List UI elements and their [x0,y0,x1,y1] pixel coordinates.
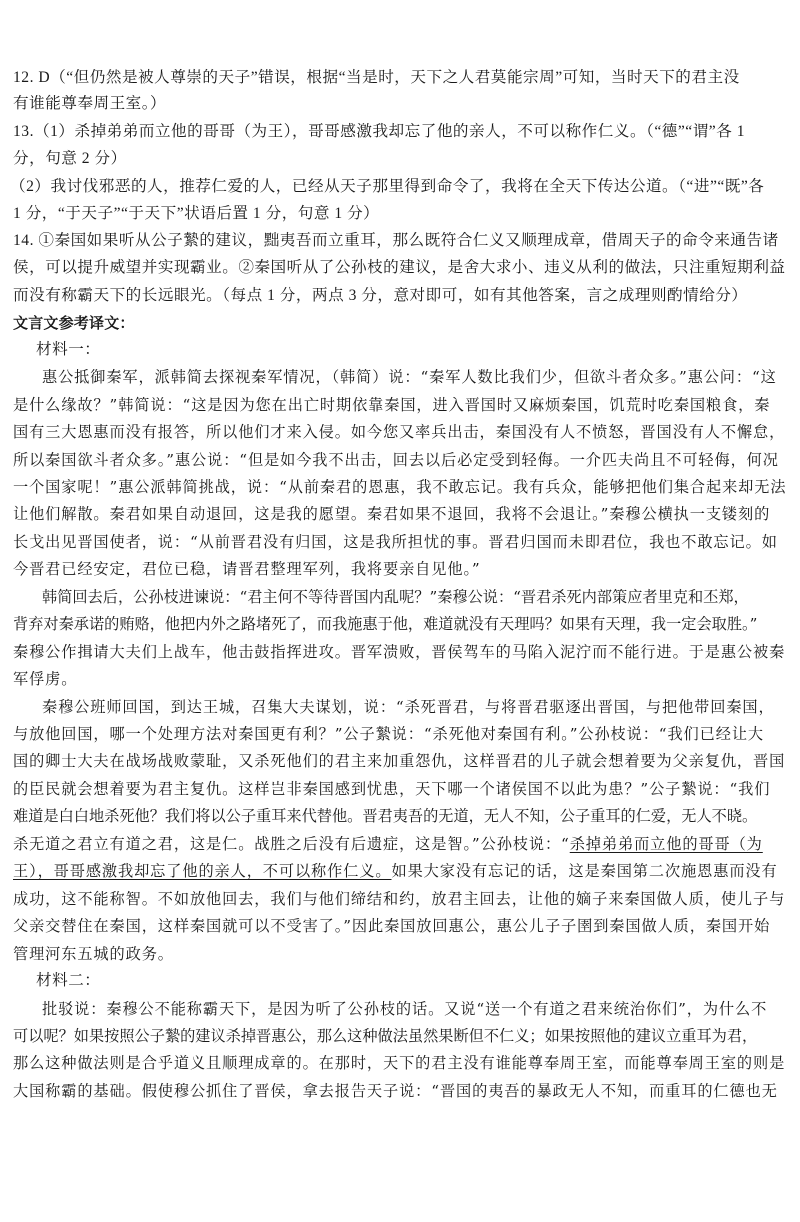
translation-heading: 文言文参考译文： [13,313,789,333]
q12-line-2: 有谁能尊奉周王室。） [13,94,789,114]
q13-part2-line-1: （2）我讨伐邪恶的人，推荐仁爱的人，已经从天子那里得到命令了，我将在全天下传达公… [10,177,786,197]
m1-p3-line-9: 父亲交替住在秦国，这样秦国就可以不受害了。”因此秦国放回惠公，惠公儿子子圉到秦国… [13,916,789,936]
answer-key-page: 12. D（“但仍然是被人尊崇的天子”错误，根据“当是时，天下之人君莫能宗周”可… [0,0,800,1222]
q13-part2-line-2: 1 分，“于天子”“于天下”状语后置 1 分，句意 1 分） [13,204,789,224]
m1-p1-line-4: 所以秦国欲斗者众多。”惠公说：“但是如今我不出击，回去以后必定受到轻侮。一介匹夫… [13,450,789,470]
m2-p1-line-2: 可以呢？如果按照公子縶的建议杀掉晋惠公，那么这种做法虽然果断但不仁义；如果按照他… [13,1026,789,1046]
m1-p2-line-4: 军俘虏。 [13,669,789,689]
m1-p3-line-6: 杀无道之君立有道之君，这是仁。战胜之后没有后遗症，这是智。”公孙枝说：“杀掉弟弟… [13,834,789,854]
m1-p3-line-4: 的臣民就会想着要为君主复仇。这样岂非秦国感到忧患，天下哪一个诸侯国不以此为患？”… [13,779,789,799]
q14-line-2: 侯，可以提升威望并实现霸业。②秦国听从了公孙枝的建议，是舍大求小、违义从利的做法… [13,258,789,278]
q13-part1-line-1: 13.（1）杀掉弟弟而立他的哥哥（为王），哥哥感激我却忘了他的亲人，不可以称作仁… [13,122,789,142]
q13-part1-line-2: 分，句意 2 分） [13,149,789,169]
m1-p3-line-10: 管理河东五城的政务。 [13,944,789,964]
material1-title: 材料一： [36,340,800,360]
m2-p1-line-3: 那么这种做法则是合乎道义且顺理成章的。在那时，天下的君主没有谁能尊奉周王室，而能… [13,1053,789,1073]
m2-p1-line-4: 大国称霸的基础。假使穆公抓住了晋侯，拿去报告天子说：“晋国的夷吾的暴政无人不知，… [13,1081,789,1101]
m2-p1-line-1: 批驳说：秦穆公不能称霸天下，是因为听了公孙枝的话。又说“送一个有道之君来统治你们… [42,999,800,1019]
m1-p1-line-6: 让他们解散。秦君如果自动退回，这是我的愿望。秦君如果不退回，我将不会退让。”秦穆… [13,504,789,524]
m1-p3-line-7: 王），哥哥感激我却忘了他的亲人，不可以称作仁义。如果大家没有忘记的话，这是秦国第… [13,861,789,881]
m1-p2-line-2: 背弃对秦承诺的贿赂，他把内外之路堵死了，而我施惠于他，难道就没有天理吗？如果有天… [13,614,789,634]
underlined-translation-sentence-part-2: 王），哥哥感激我却忘了他的亲人，不可以称作仁义。 [13,862,392,880]
m1-p3-line-1: 秦穆公班师回国，到达王城，召集大夫谋划，说：“杀死晋君，与将晋君驱逐出晋国，与把… [42,697,800,717]
q12-line-1: 12. D（“但仍然是被人尊崇的天子”错误，根据“当是时，天下之人君莫能宗周”可… [13,68,789,88]
m1-p3-line-2: 与放他回国，哪一个处理方法对秦国更有利？”公子縶说：“杀死他对秦国有利。”公孙枝… [13,724,789,744]
m1-p1-line-1: 惠公抵御秦军，派韩简去探视秦军情况，（韩简）说：“秦军人数比我们少，但欲斗者众多… [42,367,800,387]
m1-p2-line-1: 韩简回去后，公孙枝进谏说：“君主何不等待晋国内乱呢？”秦穆公说：“晋君杀死内部策… [42,587,800,607]
q14-line-3: 而没有称霸天下的长远眼光。（每点 1 分，两点 3 分，意对即可，如有其他答案，… [13,286,789,306]
m1-p3-line-8: 成功，这不能称智。不如放他回去，我们与他们缔结和约，放君主回去，让他的嫡子来秦国… [13,889,789,909]
m1-p3-line-6-text: 杀无道之君立有道之君，这是仁。战胜之后没有后遗症，这是智。”公孙枝说：“ [13,835,570,853]
m1-p1-line-8: 今晋君已经安定，君位已稳，请晋君整理军列，我将要亲自见他。” [13,559,789,579]
m1-p3-line-7-text: 如果大家没有忘记的话，这是秦国第二次施恩惠而没有 [392,862,778,880]
m1-p3-line-3: 国的卿士大夫在战场战败蒙耻，又杀死他们的君主来加重怨仇，这样晋君的儿子就会想着要… [13,751,789,771]
m1-p1-line-3: 国有三大恩惠而没有报答，所以他们才来入侵。如今您又率兵出击，秦国没有人不愤怒，晋… [13,422,789,442]
underlined-translation-sentence-part-1: 杀掉弟弟而立他的哥哥（为 [570,835,763,853]
material2-title: 材料二： [36,971,800,991]
m1-p1-line-2: 是什么缘故？”韩简说：“这是因为您在出亡时期依靠秦国，进入晋国时又麻烦秦国，饥荒… [13,395,789,415]
q14-line-1: 14. ①秦国如果听从公子縶的建议，黜夷吾而立重耳，那么既符合仁义又顺理成章，借… [13,231,789,251]
m1-p1-line-5: 一个国家呢！”惠公派韩简挑战，说：“从前秦君的恩惠，我不敢忘记。我有兵众，能够把… [13,477,789,497]
m1-p1-line-7: 长戈出见晋国使者，说：“从前晋君没有归国，这是我所担忧的事。晋君归国而未即君位，… [13,532,789,552]
m1-p3-line-5: 难道是白白地杀死他？我们将以公子重耳来代替他。晋君夷吾的无道，无人不知，公子重耳… [13,806,789,826]
m1-p2-line-3: 秦穆公作揖请大夫们上战车，他击鼓指挥进攻。晋军溃败，晋侯驾车的马陷入泥泞而不能行… [13,642,789,662]
